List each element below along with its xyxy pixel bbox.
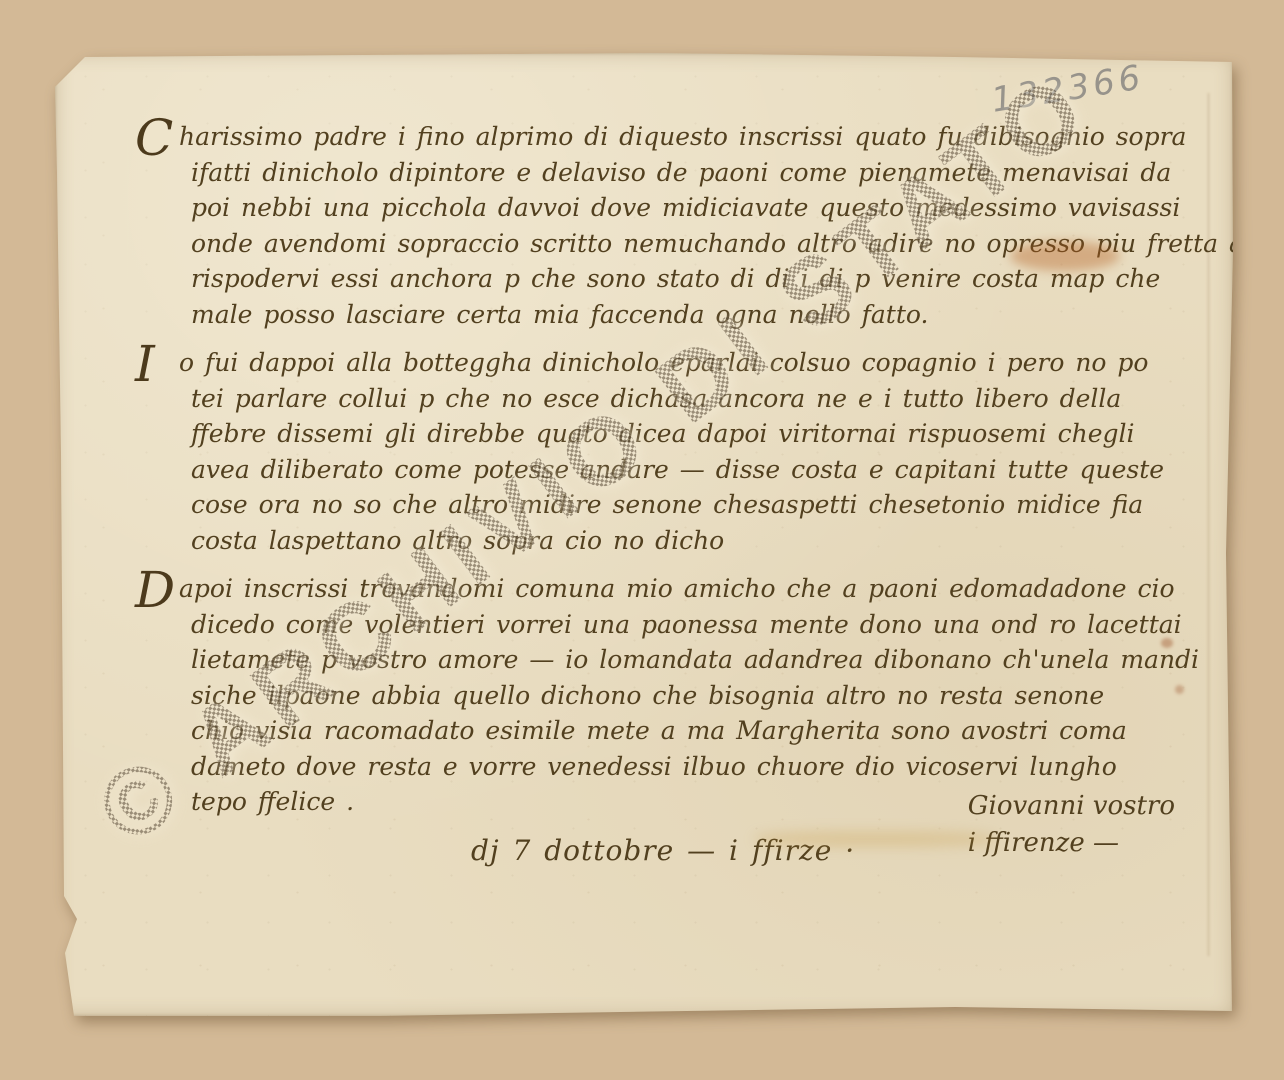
- signature-name: Giovanni vostro: [968, 788, 1175, 825]
- manuscript-line: avea diliberato come potesse andare — di…: [191, 452, 1173, 488]
- paragraph-2: I o fui dappoi alla botteggha dinicholo …: [141, 345, 1173, 558]
- signature-place: i ffirenze —: [968, 825, 1175, 862]
- manuscript-line: male posso lasciare certa mia faccenda o…: [191, 297, 1173, 333]
- letter-sheet: 132366 C harissimo padre i fino alprimo …: [55, 53, 1233, 1016]
- manuscript-line: ffebre dissemi gli direbbe quato dicea d…: [191, 416, 1173, 452]
- manuscript-line: ifatti dinicholo dipintore e delaviso de…: [191, 155, 1173, 191]
- manuscript-line: tei parlare collui p che no esce dichasa…: [191, 381, 1173, 417]
- paper-shadow: 132366 C harissimo padre i fino alprimo …: [0, 0, 1284, 1080]
- paper-crease: [1207, 93, 1210, 956]
- manuscript-line: apoi inscrissi trovandomi comuna mio ami…: [179, 571, 1173, 607]
- manuscript-line: o fui dappoi alla botteggha dinicholo ep…: [179, 345, 1173, 381]
- manuscript-line: siche ilpaone abbia quello dichono che b…: [191, 678, 1173, 714]
- manuscript-line: onde avendomi sopraccio scritto nemuchan…: [191, 226, 1173, 262]
- manuscript-line: harissimo padre i fino alprimo di diques…: [179, 119, 1173, 155]
- paragraph-1: C harissimo padre i fino alprimo di diqu…: [141, 119, 1173, 332]
- initial-letter: C: [135, 109, 173, 167]
- initial-letter: I: [135, 335, 155, 393]
- manuscript-text: C harissimo padre i fino alprimo di diqu…: [141, 119, 1173, 867]
- signature: Giovanni vostro i ffirenze —: [968, 788, 1175, 862]
- paragraph-3: D apoi inscrissi trovandomi comuna mio a…: [141, 571, 1173, 820]
- initial-letter: D: [135, 561, 175, 619]
- rust-dot: [1175, 685, 1184, 694]
- manuscript-line: dameto dove resta e vorre venedessi ilbu…: [191, 749, 1173, 785]
- manuscript-line: rispodervi essi anchora p che sono stato…: [191, 261, 1173, 297]
- manuscript-line: poi nebbi una picchola davvoi dove midic…: [191, 190, 1173, 226]
- manuscript-line: cose ora no so che altro midire senone c…: [191, 487, 1173, 523]
- manuscript-line: chio visia racomadato esimile mete a ma …: [191, 713, 1173, 749]
- scan-background: 132366 C harissimo padre i fino alprimo …: [0, 0, 1284, 1080]
- manuscript-line: dicedo come volentieri vorrei una paones…: [191, 607, 1173, 643]
- archive-number-pencil: 132366: [989, 57, 1147, 121]
- manuscript-line: lietamete p vostro amore — io lomandata …: [191, 642, 1173, 678]
- manuscript-line: costa laspettano altro sopra cio no dich…: [191, 523, 1173, 559]
